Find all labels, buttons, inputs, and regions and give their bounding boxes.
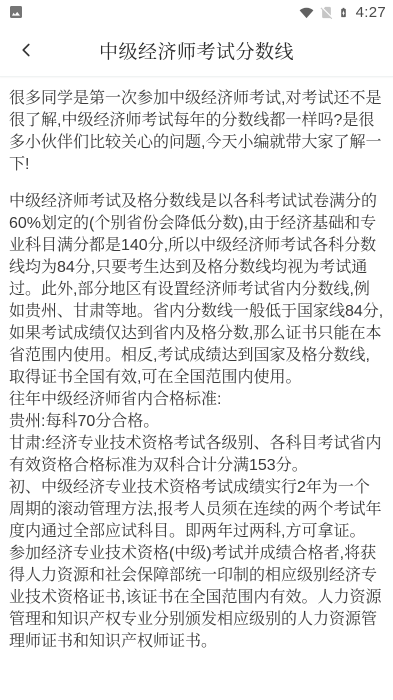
article-paragraph: 很多同学是第一次参加中级经济师考试,对考试还不是很了解,中级经济师考试每年的分数… (9, 88, 384, 176)
status-bar-right: 4:27 (298, 4, 386, 21)
article-paragraph: 往年中级经济师省内合格标准: (9, 389, 384, 411)
article-paragraph: 甘肃:经济专业技术资格考试各级别、各科目考试省内有效资格合格标准为双科合计分满1… (9, 433, 384, 477)
no-sim-icon (319, 5, 334, 20)
chevron-left-icon (15, 39, 37, 61)
app-screen: 4:27 中级经济师考试分数线 很多同学是第一次参加中级经济师考试,对考试还不是… (0, 0, 393, 700)
article-paragraph: 参加经济专业技术资格(中级)考试并成绩合格者,将获得人力资源和社会保障部统一印制… (9, 543, 384, 653)
article-paragraph: 初、中级经济专业技术资格考试成绩实行2年为一个周期的滚动管理方法,报考人员须在连… (9, 477, 384, 543)
status-bar: 4:27 (0, 0, 393, 24)
article-paragraph: 中级经济师考试及格分数线是以各科考试试卷满分的60%划定的(个别省份会降低分数)… (9, 191, 384, 389)
app-bar: 中级经济师考试分数线 (0, 24, 393, 77)
battery-charging-icon (338, 4, 349, 21)
status-bar-left (8, 4, 24, 20)
wifi-icon (298, 5, 315, 20)
image-notification-icon (8, 4, 24, 20)
status-bar-time: 4:27 (356, 5, 386, 20)
article-paragraph: 贵州:每科70分合格。 (9, 411, 384, 433)
page-title: 中级经济师考试分数线 (0, 37, 393, 64)
article-content: 很多同学是第一次参加中级经济师考试,对考试还不是很了解,中级经济师考试每年的分数… (0, 77, 393, 653)
back-button[interactable] (2, 24, 50, 76)
